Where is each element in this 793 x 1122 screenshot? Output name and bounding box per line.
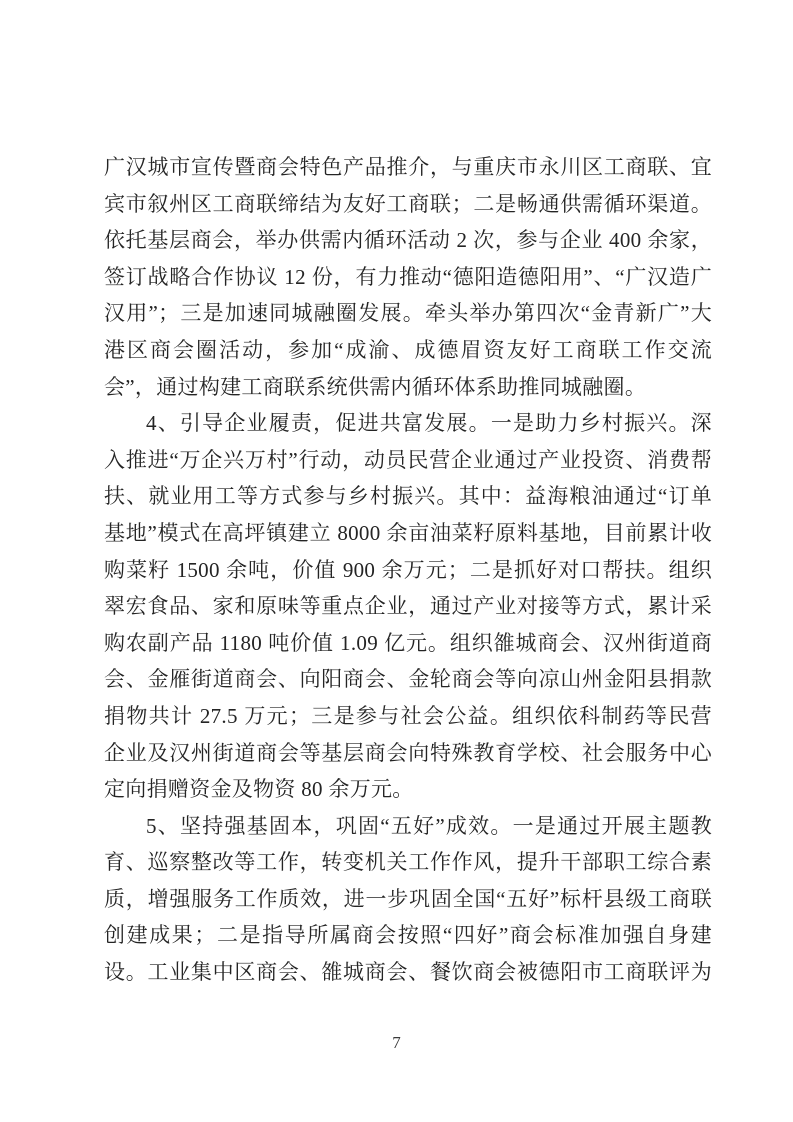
text-line: 基地”模式在高坪镇建立 8000 余亩油菜籽原料基地，目前累计收: [104, 515, 712, 552]
text-line: 广汉城市宣传暨商会特色产品推介，与重庆市永川区工商联、宜: [104, 149, 712, 186]
text-line: 会、金雁街道商会、向阳商会、金轮商会等向凉山州金阳县捐款: [104, 661, 712, 698]
document-page: 广汉城市宣传暨商会特色产品推介，与重庆市永川区工商联、宜宾市叙州区工商联缔结为友…: [0, 0, 793, 1122]
text-line: 依托基层商会，举办供需内循环活动 2 次，参与企业 400 余家，: [104, 222, 712, 259]
text-line: 会”，通过构建工商联系统供需内循环体系助推同城融圈。: [104, 369, 712, 406]
text-line: 购农副产品 1180 吨价值 1.09 亿元。组织雒城商会、汉州街道商: [104, 625, 712, 662]
text-line: 汉用”；三是加速同城融圈发展。牵头举办第四次“金青新广”大: [104, 295, 712, 332]
text-line: 创建成果；二是指导所属商会按照“四好”商会标准加强自身建: [104, 917, 712, 954]
text-line: 定向捐赠资金及物资 80 余万元。: [104, 771, 712, 808]
text-line: 港区商会圈活动，参加“成渝、成德眉资友好工商联工作交流: [104, 332, 712, 369]
page-number: 7: [0, 1033, 793, 1053]
document-body: 广汉城市宣传暨商会特色产品推介，与重庆市永川区工商联、宜宾市叙州区工商联缔结为友…: [104, 149, 712, 991]
text-line: 宾市叙州区工商联缔结为友好工商联；二是畅通供需循环渠道。: [104, 186, 712, 223]
text-line: 5、坚持强基固本，巩固“五好”成效。一是通过开展主题教: [104, 808, 712, 845]
text-line: 育、巡察整改等工作，转变机关工作作风，提升干部职工综合素: [104, 844, 712, 881]
text-line: 翠宏食品、家和原味等重点企业，通过产业对接等方式，累计采: [104, 588, 712, 625]
text-line: 企业及汉州街道商会等基层商会向特殊教育学校、社会服务中心: [104, 735, 712, 772]
text-line: 设。工业集中区商会、雒城商会、餐饮商会被德阳市工商联评为: [104, 954, 712, 991]
text-line: 入推进“万企兴万村”行动，动员民营企业通过产业投资、消费帮: [104, 442, 712, 479]
text-line: 签订战略合作协议 12 份，有力推动“德阳造德阳用”、“广汉造广: [104, 259, 712, 296]
text-line: 4、引导企业履责，促进共富发展。一是助力乡村振兴。深: [104, 405, 712, 442]
text-line: 捐物共计 27.5 万元；三是参与社会公益。组织依科制药等民营: [104, 698, 712, 735]
text-line: 扶、就业用工等方式参与乡村振兴。其中：益海粮油通过“订单: [104, 478, 712, 515]
text-line: 质，增强服务工作质效，进一步巩固全国“五好”标杆县级工商联: [104, 881, 712, 918]
text-line: 购菜籽 1500 余吨，价值 900 余万元；二是抓好对口帮扶。组织: [104, 552, 712, 589]
